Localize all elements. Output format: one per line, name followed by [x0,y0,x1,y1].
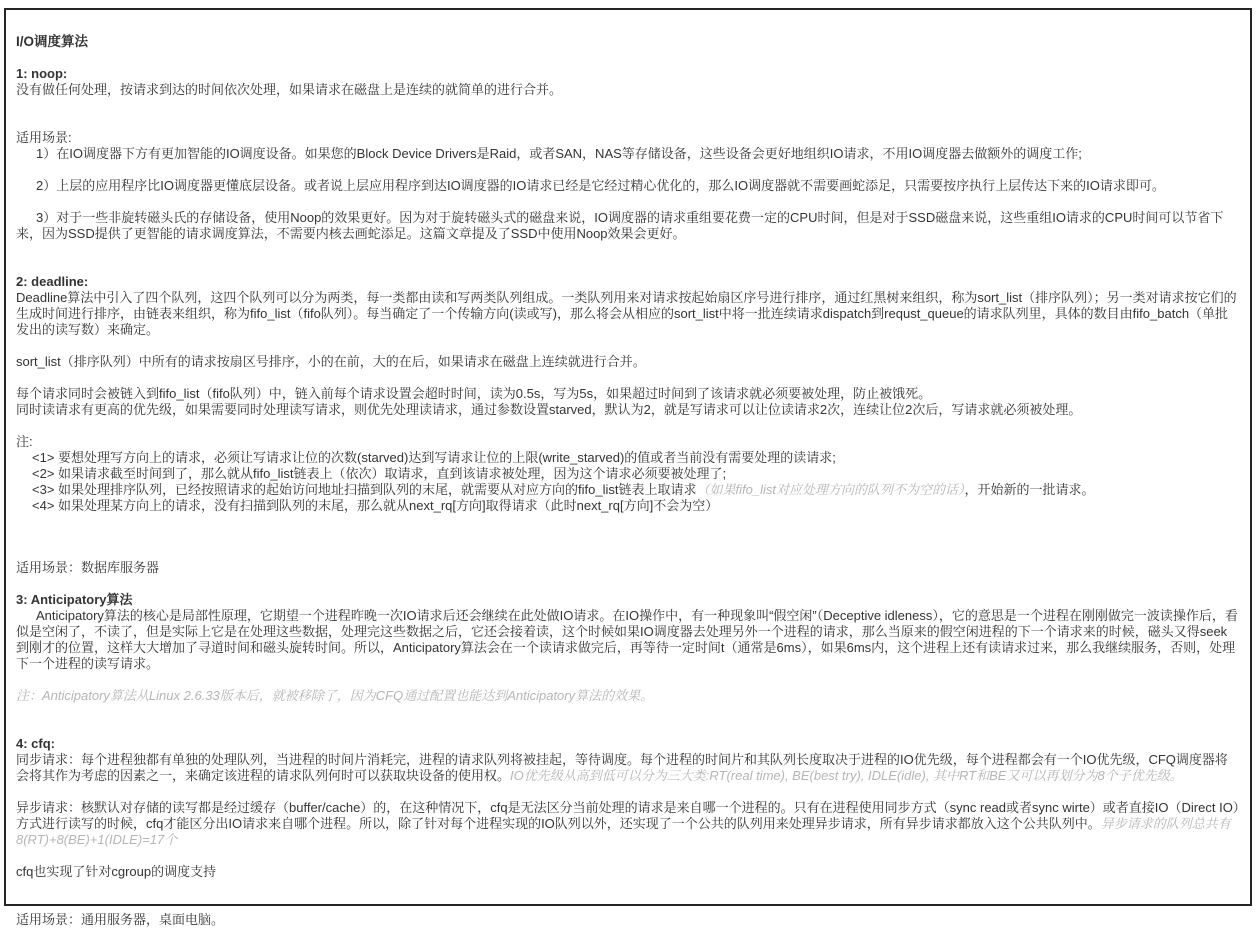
deadline-paragraph-3-line-1: 每个请求同时会被链入到fifo_list（fifo队列）中，链入前每个请求设置会… [16,386,1240,402]
deadline-note-3-text: <3> 如果处理排序队列，已经按照请求的起始访问地址扫描到队列的末尾，就需要从对… [32,482,697,497]
anticipatory-paragraph: Anticipatory算法的核心是局部性原理，它期望一个进程昨晚一次IO请求后… [16,608,1240,672]
deadline-note-3: <3> 如果处理排序队列，已经按照请求的起始访问地址扫描到队列的末尾，就需要从对… [16,482,1240,498]
deadline-note-1: <1> 要想处理写方向上的请求，必须让写请求让位的次数(starved)达到写请… [16,450,1240,466]
cfq-async-paragraph: 异步请求：核默认对存储的读写都是经过缓存（buffer/cache）的，在这种情… [16,800,1240,848]
deadline-scenario: 适用场景：数据库服务器 [16,560,1240,576]
deadline-paragraph-2: sort_list（排序队列）中所有的请求按扇区号排序，小的在前，大的在后，如果… [16,354,1240,370]
cfq-sync-gray-remark: IO优先级从高到低可以分为三大类:RT(real time), BE(best … [510,768,1183,783]
noop-description: 没有做任何处理，按请求到达的时间依次处理，如果请求在磁盘上是连续的就简单的进行合… [16,82,1240,98]
noop-heading: 1: noop: [16,66,1240,82]
page-title: I/O调度算法 [16,34,1240,50]
cfq-heading: 4: cfq: [16,736,1240,752]
cfq-sync-paragraph: 同步请求：每个进程独都有单独的处理队列，当进程的时间片消耗完，进程的请求队列将被… [16,752,1240,784]
noop-scenario-label: 适用场景: [16,130,1240,146]
anticipatory-removal-note: 注：Anticipatory算法从Linux 2.6.33版本后，就被移除了，因… [16,688,1240,704]
deadline-note-3-gray-remark: （如果fifo_list对应处理方向的队列不为空的话） [697,482,965,497]
deadline-heading: 2: deadline: [16,274,1240,290]
deadline-note-label: 注: [16,434,1240,450]
cfq-scenario: 适用场景：通用服务器，桌面电脑。 [16,912,1240,918]
deadline-paragraph-3-line-2: 同时读请求有更高的优先级，如果需要同时处理读写请求，则优先处理读请求，通过参数设… [16,402,1240,418]
deadline-paragraph-1: Deadline算法中引入了四个队列，这四个队列可以分为两类，每一类都由读和写两… [16,290,1240,338]
noop-item-3: 3）对于一些非旋转磁头氏的存储设备，使用Noop的效果更好。因为对于旋转磁头式的… [16,210,1240,242]
deadline-note-4: <4> 如果处理某方向上的请求，没有扫描到队列的末尾，那么就从next_rq[方… [16,498,1240,514]
deadline-note-2: <2> 如果请求截至时间到了，那么就从fifo_list链表上（依次）取请求，直… [16,466,1240,482]
noop-item-2: 2）上层的应用程序比IO调度器更懂底层设备。或者说上层应用程序到达IO调度器的I… [16,178,1240,194]
cfq-cgroup-note: cfq也实现了针对cgroup的调度支持 [16,864,1240,880]
anticipatory-heading: 3: Anticipatory算法 [16,592,1240,608]
deadline-note-3-tail: ，开始新的一批请求。 [964,482,1094,497]
document-content: I/O调度算法 1: noop: 没有做任何处理，按请求到达的时间依次处理，如果… [6,10,1250,918]
document-page: I/O调度算法 1: noop: 没有做任何处理，按请求到达的时间依次处理，如果… [4,8,1252,906]
noop-item-1: 1）在IO调度器下方有更加智能的IO调度设备。如果您的Block Device … [16,146,1240,162]
cfq-async-text: 异步请求：核默认对存储的读写都是经过缓存（buffer/cache）的，在这种情… [16,800,1239,831]
